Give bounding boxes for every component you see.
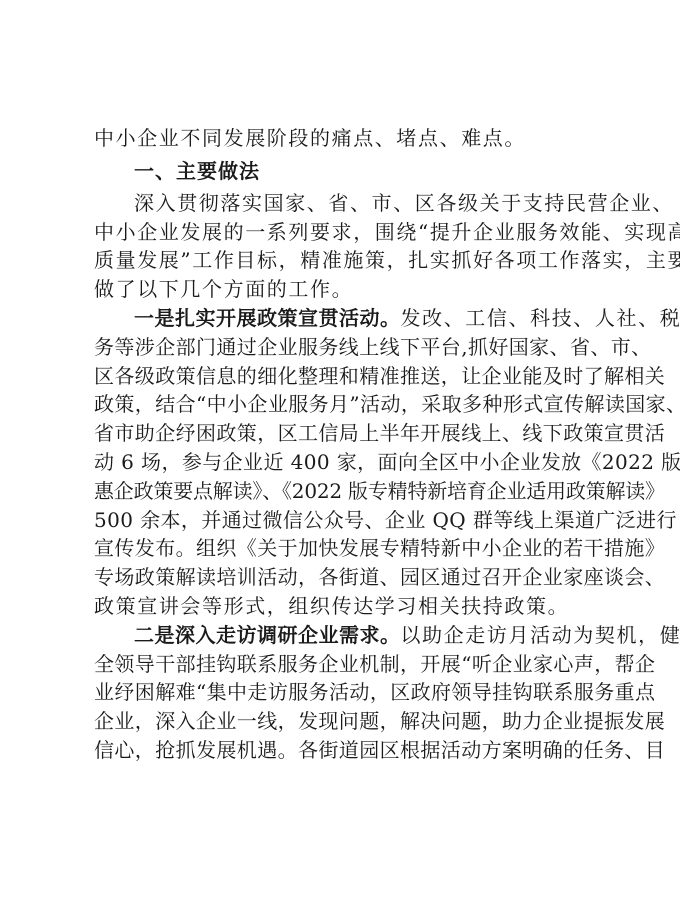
paragraph-line: 区各级政策信息的细化整理和精准推送，让企业能及时了解相关 — [94, 362, 580, 391]
continuation-line: 中小企业不同发展阶段的痛点、堵点、难点。 — [94, 124, 580, 153]
paragraph-line: 政策宣讲会等形式，组织传达学习相关扶持政策。 — [94, 592, 580, 621]
paragraph-line: 一是扎实开展政策宣贯活动。发改、工信、科技、人社、税 — [94, 304, 580, 333]
paragraph-line: 业纾困解难“集中走访服务活动，区政府领导挂钩联系服务重点 — [94, 678, 580, 707]
paragraph-line: 深入贯彻落实国家、省、市、区各级关于支持民营企业、 — [94, 189, 580, 218]
item-two-paragraph: 二是深入走访调研企业需求。以助企走访月活动为契机，健 全领导干部挂钩联系服务企业… — [94, 621, 580, 765]
section-heading: 一、主要做法 — [94, 153, 580, 189]
paragraph-line: 宣传发布。组织《关于加快发展专精特新中小企业的若干措施》 — [94, 534, 580, 563]
paragraph-line: 专场政策解读培训活动，各街道、园区通过召开企业家座谈会、 — [94, 563, 580, 592]
paragraph-line: 省市助企纾困政策，区工信局上半年开展线上、线下政策宣贯活 — [94, 419, 580, 448]
paragraph-line: 政策，结合“中小企业服务月”活动，采取多种形式宣传解读国家、 — [94, 390, 580, 419]
paragraph-line: 做了以下几个方面的工作。 — [94, 275, 580, 304]
item-one-title: 一是扎实开展政策宣贯活动。 — [134, 306, 401, 330]
paragraph-line: 企业，深入企业一线，发现问题，解决问题，助力企业提振发展 — [94, 707, 580, 736]
item-one-paragraph: 一是扎实开展政策宣贯活动。发改、工信、科技、人社、税 务等涉企部门通过企业服务线… — [94, 304, 580, 621]
document-page: 中小企业不同发展阶段的痛点、堵点、难点。 一、主要做法 深入贯彻落实国家、省、市… — [94, 124, 580, 765]
paragraph-line: 中小企业发展的一系列要求，围绕“提升企业服务效能、实现高 — [94, 218, 580, 247]
paragraph-line: 质量发展”工作目标，精准施策，扎实抓好各项工作落实，主要 — [94, 246, 580, 275]
paragraph-text: 发改、工信、科技、人社、税 — [401, 306, 680, 330]
paragraph-line: 动 6 场，参与企业近 400 家，面向全区中小企业发放《2022 版 — [94, 448, 580, 477]
paragraph-text: 以助企走访月活动为契机，健 — [401, 623, 680, 647]
paragraph-line: 二是深入走访调研企业需求。以助企走访月活动为契机，健 — [94, 621, 580, 650]
paragraph-line: 全领导干部挂钩联系服务企业机制，开展“听企业家心声，帮企 — [94, 650, 580, 679]
paragraph-line: 500 余本，并通过微信公众号、企业 QQ 群等线上渠道广泛进行 — [94, 506, 580, 535]
item-two-title: 二是深入走访调研企业需求。 — [134, 623, 401, 647]
paragraph-line: 务等涉企部门通过企业服务线上线下平台,抓好国家、省、市、 — [94, 333, 580, 362]
paragraph-line: 惠企政策要点解读》、《2022 版专精特新培育企业适用政策解读》 — [94, 477, 580, 506]
paragraph-line: 信心，抢抓发展机遇。各街道园区根据活动方案明确的任务、目 — [94, 736, 580, 765]
intro-paragraph: 深入贯彻落实国家、省、市、区各级关于支持民营企业、 中小企业发展的一系列要求，围… — [94, 189, 580, 304]
